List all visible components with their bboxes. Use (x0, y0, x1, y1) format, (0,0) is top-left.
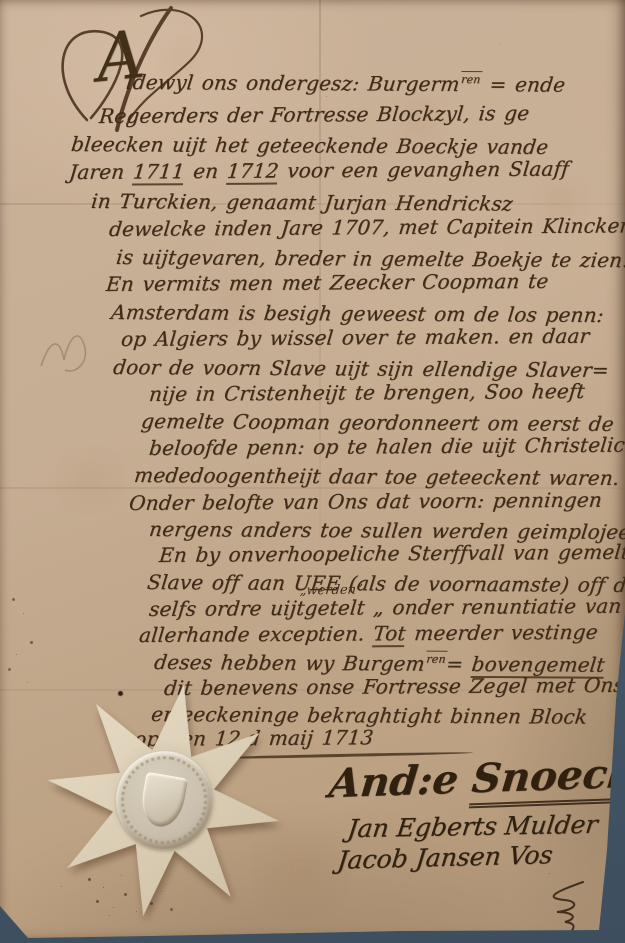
text-line-5: in Turckien, genaamt Jurjan Hendricksz (90, 189, 514, 216)
text-line-1: ldewyl ons ondergesz: Burgermren = ende (125, 70, 567, 97)
text-line-19: Slave off aan UEE (als de voornaamste) o… (146, 570, 625, 597)
text-run: meerder vestinge (405, 620, 599, 645)
text-run: = (445, 652, 473, 676)
text-line-2: Regeerders der Fortresse Blockzyl, is ge (98, 101, 531, 128)
text-run: ldewyl ons ondergesz: Burgerm (125, 70, 461, 96)
text-run: en (184, 159, 229, 183)
text-line-16: Onder belofte van Ons dat voorn: penning… (128, 488, 603, 515)
text-run: = ende (488, 72, 566, 96)
text-run: Jaren (68, 160, 134, 184)
text-line-14: beloofde penn: op te halen die uijt Chri… (148, 433, 625, 460)
signature-jan-egberts-mulder: Jan Egberts Mulder (346, 810, 599, 843)
text-line-21: allerhande exceptien. Tot meerder vestin… (138, 620, 599, 647)
text-run: allerhande exceptien. (138, 621, 375, 647)
text-line-8: En vermits men met Zeecker Coopman te (105, 269, 550, 296)
text-line-12: nije in Cristenheijt te brengen, Soo hee… (148, 379, 586, 406)
superscript-ren: ren (425, 651, 448, 666)
text-run: Snoeck (469, 750, 625, 809)
text-line-11: door de voorn Slave uijt sijn ellendige … (112, 355, 610, 382)
manuscript-photo: A ldewyl ons ondergesz: Burgermren = end… (0, 0, 625, 943)
text-line-15: mededoogentheijt daar toe geteeckent war… (133, 463, 621, 490)
signature-andries-snoeck: And:e Snoeck (327, 750, 625, 808)
text-line-13: gemelte Coopman geordonneert om eerst de (140, 409, 615, 436)
interlinear-insertion: „werden” (299, 582, 363, 598)
text-run: onder renuntiatie van (383, 594, 623, 620)
text-line-4: Jaren 1711 en 1712 voor een gevanghen Sl… (68, 157, 570, 184)
text-line-3: bleecken uijt het geteeckende Boeckje va… (70, 132, 550, 159)
paper-star-seal (27, 664, 299, 936)
text-line-10: op Algiers by wissel over te maken. en d… (120, 324, 591, 351)
text-line-9: Amsterdam is besigh geweest om de los pe… (110, 300, 605, 327)
pencil-margin-mark (35, 318, 95, 388)
text-run: Tot (372, 621, 407, 647)
superscript-ren: ren (459, 71, 482, 86)
ink-specks (0, 0, 3, 3)
text-run: voor een gevanghen Slaaff (278, 157, 571, 183)
paper-sheet: A ldewyl ons ondergesz: Burgermren = end… (0, 0, 625, 943)
text-line-20: selfs ordre uijtgetelt „ onder renuntiat… (148, 594, 623, 621)
signature-flourish (535, 878, 590, 938)
text-line-18: En by onverhoopeliche Sterffvall van gem… (158, 540, 625, 567)
year-1711: 1711 (132, 159, 186, 185)
text-run: deses hebben wy Burgem (153, 650, 426, 676)
text-line-6: dewelcke inden Jare 1707, met Capitein K… (108, 213, 625, 241)
signature-jacob-jansen-vos: Jacob Jansen Vos (336, 840, 554, 875)
year-1712: 1712 (226, 159, 280, 185)
text-run: And:e (327, 755, 475, 807)
text-run: selfs ordre uijtgetelt „ (148, 595, 385, 621)
